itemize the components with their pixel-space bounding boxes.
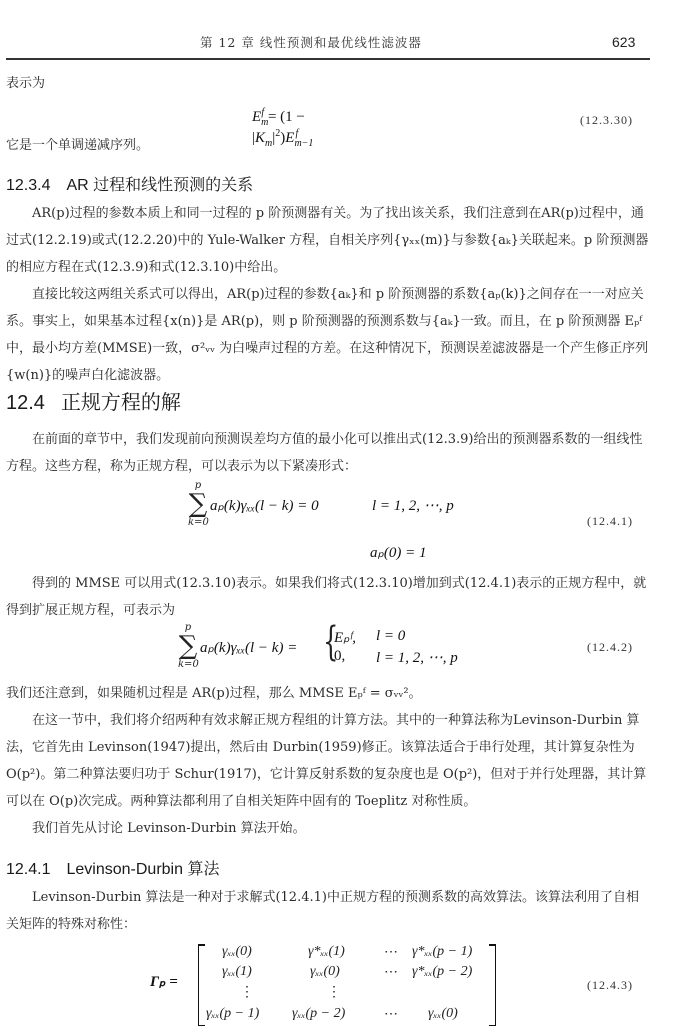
matrix-cell-0-2: ⋯ xyxy=(384,944,398,961)
equation-number-12-4-1: (12.4.1) xyxy=(587,514,633,529)
equation-number-12-3-30: (12.3.30) xyxy=(580,113,633,128)
case-1-condition: l = 0 xyxy=(376,628,405,645)
matrix-cell-1-3: γ*ₓₓ(p − 2) xyxy=(412,964,472,980)
case-1-value: Eₚᶠ, xyxy=(334,628,356,647)
matrix-cell-2-1: ⋮ xyxy=(327,984,341,1001)
header-rule xyxy=(6,58,650,60)
section-number: 12.4.1 xyxy=(6,861,50,879)
matrix-cell-0-1: γ*ₓₓ(1) xyxy=(308,944,345,960)
matrix-cell-1-2: ⋯ xyxy=(384,964,398,981)
case-2-condition: l = 1, 2, ⋯, p xyxy=(376,648,458,667)
running-header-chapter-title: 第 12 章 线性预测和最优线性滤波器 xyxy=(200,33,422,51)
equation-number-12-4-3: (12.4.3) xyxy=(587,978,633,993)
paragraph-comparison: 直接比较这两组关系式可以得出，AR(p)过程的参数{aₖ}和 p 阶预测器的系数… xyxy=(6,281,650,389)
case-2-value: 0, xyxy=(334,648,345,665)
section-title: 正规方程的解 xyxy=(61,392,181,414)
paragraph-ar-mmse: 我们还注意到，如果随机过程是 AR(p)过程，那么 MMSE Eₚᶠ = σᵥᵥ… xyxy=(6,680,650,707)
page-number: 623 xyxy=(612,34,635,50)
section-number: 12.3.4 xyxy=(6,177,50,195)
section-heading-12-3-4: 12.3.4AR 过程和线性预测的关系 xyxy=(6,172,253,195)
paragraph-intro: 表示为 xyxy=(6,70,650,97)
paragraph-begin-levinson: 我们首先从讨论 Levinson-Durbin 算法开始。 xyxy=(6,815,650,842)
paragraph-levinson-durbin: Levinson-Durbin 算法是一种对于求解式(12.4.1)中正规方程的… xyxy=(6,884,650,938)
summation-12-4-2: p ∑ k=0 xyxy=(178,622,198,670)
paragraph-ar-process: AR(p)过程的参数本质上和同一过程的 p 阶预测器有关。为了找出该关系，我们注… xyxy=(6,200,650,281)
matrix-cell-2-0: ⋮ xyxy=(240,984,254,1001)
equation-12-4-2-body: aₚ(k)γₓₓ(l − k) = xyxy=(200,638,297,657)
paragraph-extended-normal: 得到的 MMSE 可以用式(12.3.10)表示。如果我们将式(12.3.10)… xyxy=(6,570,650,624)
matrix-lhs-gamma-p: Γₚ = xyxy=(150,972,178,991)
section-number: 12.4 xyxy=(6,392,45,415)
paragraph-normal-equations: 在前面的章节中，我们发现前向预测误差均方值的最小化可以推出式(12.3.9)给出… xyxy=(6,426,650,480)
matrix-cell-0-3: γ*ₓₓ(p − 1) xyxy=(412,944,472,960)
matrix-cell-3-2: ⋯ xyxy=(384,1006,398,1023)
sigma-symbol: ∑ xyxy=(178,633,198,659)
matrix-cell-3-1: γₓₓ(p − 2) xyxy=(292,1006,345,1022)
equation-number-12-4-2: (12.4.2) xyxy=(587,640,633,655)
paragraph-two-algorithms: 在这一节中，我们将介绍两种有效求解正规方程组的计算方法。其中的一种算法称为Lev… xyxy=(6,707,650,815)
matrix-cell-3-3: γₓₓ(0) xyxy=(428,1006,458,1022)
equation-12-4-1-body: aₚ(k)γₓₓ(l − k) = 0 xyxy=(210,496,319,515)
equation-12-4-1-initial: aₚ(0) = 1 xyxy=(370,543,427,562)
equation-12-4-1-condition: l = 1, 2, ⋯, p xyxy=(372,496,454,515)
paragraph-monotonic: 它是一个单调递减序列。 xyxy=(6,132,650,159)
matrix-cell-3-0: γₓₓ(p − 1) xyxy=(206,1006,259,1022)
section-heading-12-4: 12.4正规方程的解 xyxy=(6,386,181,415)
sigma-symbol: ∑ xyxy=(188,491,208,517)
matrix-cell-1-0: γₓₓ(1) xyxy=(222,964,252,980)
matrix-cell-0-0: γₓₓ(0) xyxy=(222,944,252,960)
matrix-cell-1-1: γₓₓ(0) xyxy=(310,964,340,980)
section-heading-12-4-1: 12.4.1Levinson-Durbin 算法 xyxy=(6,856,219,879)
section-title: AR 过程和线性预测的关系 xyxy=(66,177,253,194)
summation-12-4-1: p ∑ k=0 xyxy=(188,480,208,528)
section-title: Levinson-Durbin 算法 xyxy=(66,861,219,878)
